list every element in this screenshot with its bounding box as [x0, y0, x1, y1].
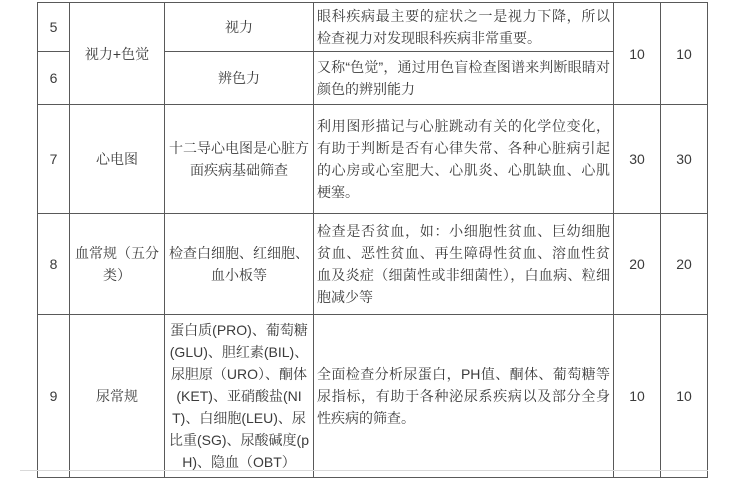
row-number-cell: 8 [38, 214, 70, 315]
table-row: 7 心电图 十二导心电图是心脏方面疾病基础筛查 利用图形描记与心脏跳动有关的化学… [38, 105, 708, 214]
table-row: 9 尿常规 蛋白质(PRO)、葡萄糖(GLU)、胆红素(BIL)、尿胆原（URO… [38, 315, 708, 478]
category-cell: 尿常规 [70, 315, 165, 478]
exam-items-table: 5 视力+色觉 视力 眼科疾病最主要的症状之一是视力下降，所以检查视力对发现眼科… [37, 2, 708, 478]
stray-divider-line [20, 470, 708, 471]
table-row: 5 视力+色觉 视力 眼科疾病最主要的症状之一是视力下降，所以检查视力对发现眼科… [38, 3, 708, 52]
price-cell: 30 [614, 105, 661, 214]
row-number-cell: 6 [38, 52, 70, 105]
price-cell: 10 [614, 3, 661, 105]
description-cell: 全面检查分析尿蛋白，PH值、酮体、葡萄糖等尿指标，有助于各种泌尿系疾病以及部分全… [314, 315, 614, 478]
price-cell: 10 [661, 315, 708, 478]
price-cell: 20 [661, 214, 708, 315]
item-cell: 检查白细胞、红细胞、血小板等 [165, 214, 314, 315]
description-cell: 又称“色觉”，通过用色盲检查图谱来判断眼睛对颜色的辨别能力 [314, 52, 614, 105]
description-cell: 利用图形描记与心脏跳动有关的化学位变化，有助于判断是否有心律失常、各种心脏病引起… [314, 105, 614, 214]
item-cell: 辨色力 [165, 52, 314, 105]
description-cell: 眼科疾病最主要的症状之一是视力下降，所以检查视力对发现眼科疾病非常重要。 [314, 3, 614, 52]
category-cell: 血常规（五分类） [70, 214, 165, 315]
category-cell: 视力+色觉 [70, 3, 165, 105]
exam-items-page: 5 视力+色觉 视力 眼科疾病最主要的症状之一是视力下降，所以检查视力对发现眼科… [0, 0, 750, 500]
table-row: 8 血常规（五分类） 检查白细胞、红细胞、血小板等 检查是否贫血，如：小细胞性贫… [38, 214, 708, 315]
price-cell: 10 [661, 3, 708, 105]
item-cell: 十二导心电图是心脏方面疾病基础筛查 [165, 105, 314, 214]
item-cell: 蛋白质(PRO)、葡萄糖(GLU)、胆红素(BIL)、尿胆原（URO）、酮体(K… [165, 315, 314, 478]
price-cell: 20 [614, 214, 661, 315]
price-cell: 10 [614, 315, 661, 478]
row-number-cell: 9 [38, 315, 70, 478]
category-cell: 心电图 [70, 105, 165, 214]
item-cell: 视力 [165, 3, 314, 52]
description-cell: 检查是否贫血，如：小细胞性贫血、巨幼细胞贫血、恶性贫血、再生障碍性贫血、溶血性贫… [314, 214, 614, 315]
price-cell: 30 [661, 105, 708, 214]
row-number-cell: 5 [38, 3, 70, 52]
row-number-cell: 7 [38, 105, 70, 214]
